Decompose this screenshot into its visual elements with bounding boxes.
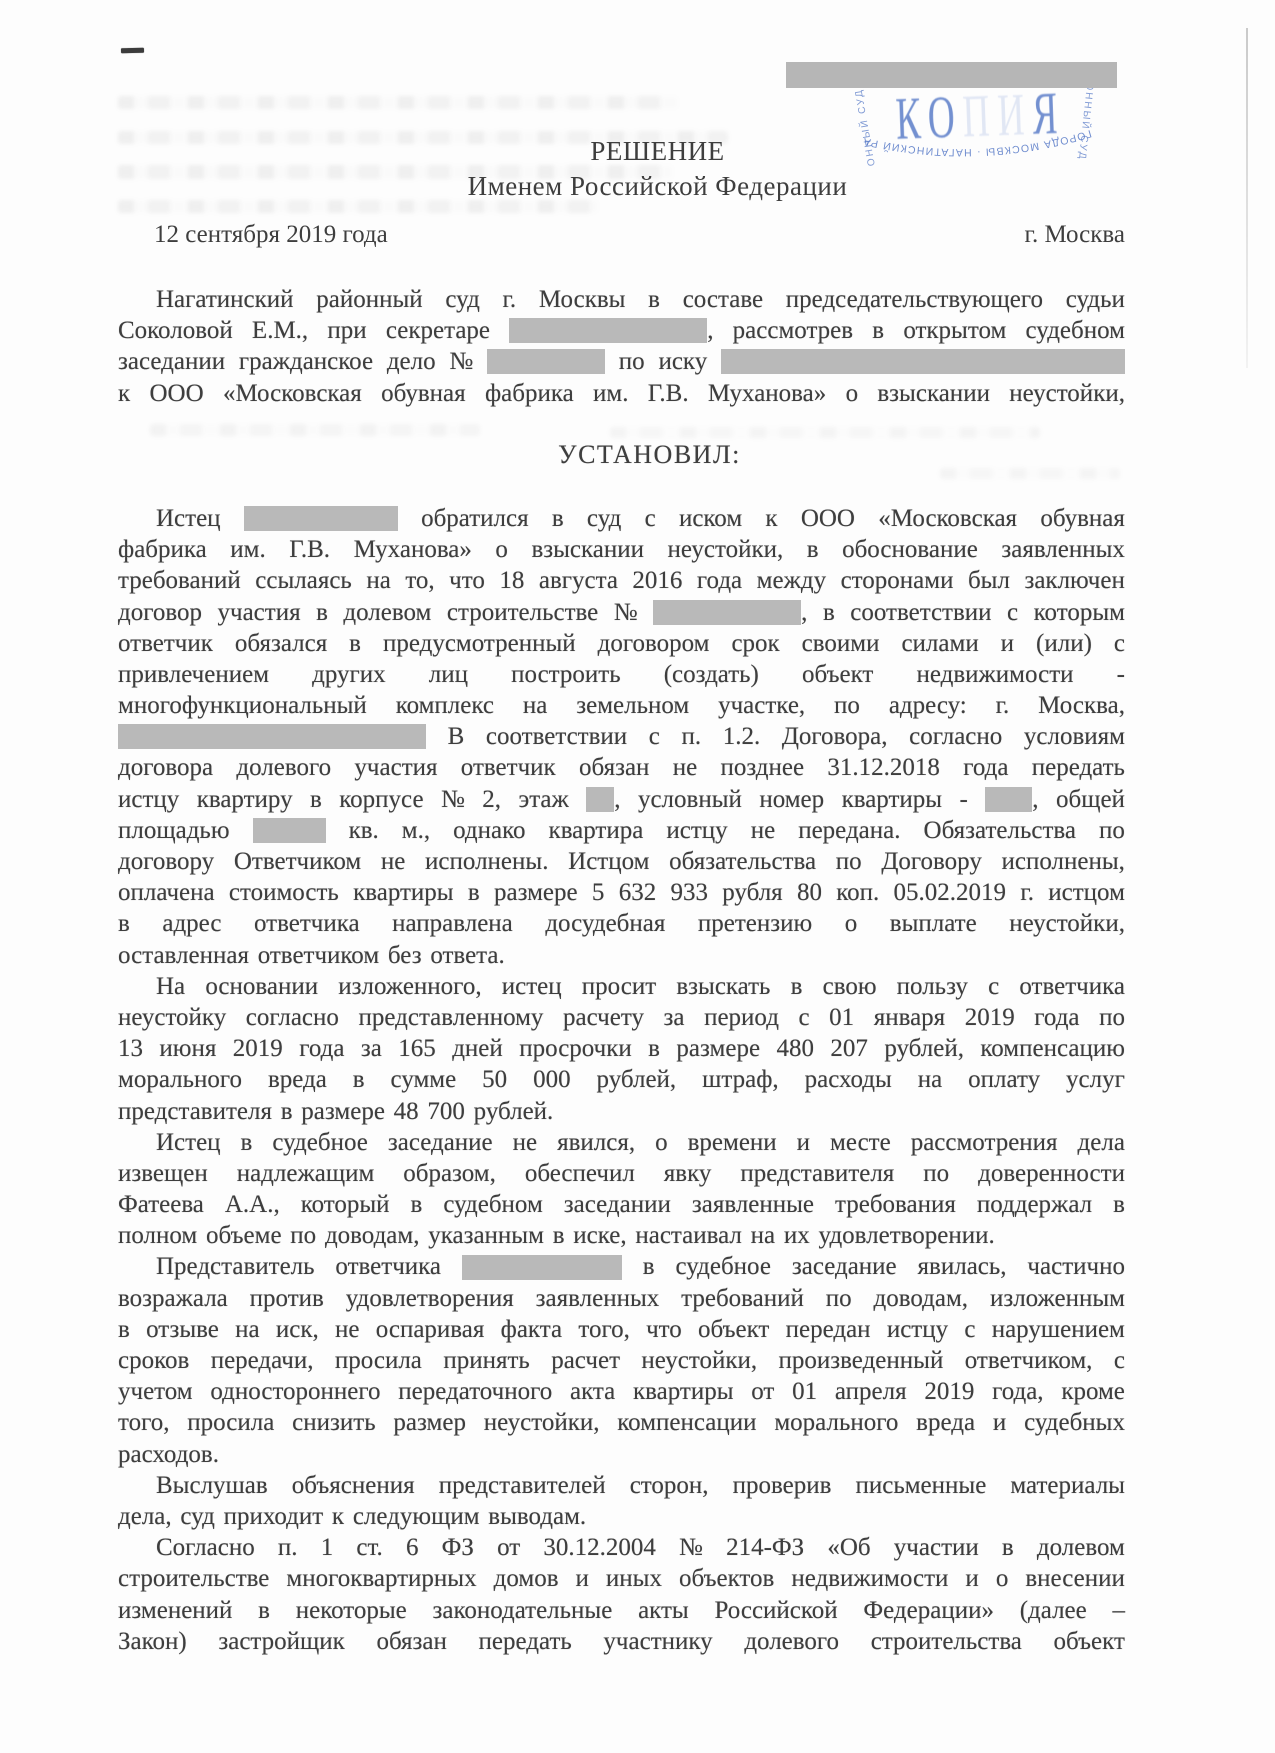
text-line: строительствемногоквартирныхдомовииныхоб… <box>118 1563 1125 1594</box>
text-line: кООО«Московскаяобувнаяфабрикаим.Г.В.Муха… <box>118 378 1125 409</box>
text-line: учетомодностороннегопередаточногоактаква… <box>118 1376 1125 1407</box>
redaction-box <box>118 724 426 749</box>
redaction-box <box>653 600 801 625</box>
redaction-box <box>586 787 614 812</box>
text-line: Выслушавобъясненияпредставителейсторон,п… <box>118 1470 1125 1501</box>
redaction-box <box>253 818 326 843</box>
text-line: 13июня2019годаза165днейпросрочкивразмере… <box>118 1033 1125 1064</box>
scan-dash-artifact <box>121 48 144 54</box>
text-line: Представительответчикавсудебноезаседание… <box>118 1251 1125 1282</box>
text-line: многофункциональныйкомплексназемельномуч… <box>118 690 1125 721</box>
text-line: договоручастиявдолевомстроительстве№,всо… <box>118 597 1125 628</box>
text-line: истцуквартирувкорпусе№2,этаж,условныйном… <box>118 784 1125 815</box>
text-line: вадресответчиканаправленадосудебнаяпрете… <box>118 908 1125 939</box>
text-line: Всоответствиисп.1.2.Договора,согласноусл… <box>118 721 1125 752</box>
redaction-box <box>786 62 1117 88</box>
text-line: привлечениемдругихлицпостроить(создать)о… <box>118 659 1125 690</box>
text-line: полном объеме по доводам, указанным в ис… <box>118 1220 1125 1251</box>
text-line: того,просиласнизитьразмернеустойки,компе… <box>118 1407 1125 1438</box>
redaction-box <box>244 506 398 531</box>
text-line: представителя в размере 48 700 рублей. <box>118 1096 1125 1127</box>
scanned-court-decision-page: КОПИЯ ГОРОДА МОСКВЫ · НАГАТИНСКИЙ РАЙ ОН… <box>0 0 1275 1753</box>
bleed-through-line <box>118 96 678 109</box>
text-line: неустойкусогласнопредставленномурасчетуз… <box>118 1002 1125 1033</box>
document-title-block: РЕШЕНИЕ Именем Российской Федерации <box>154 134 1161 204</box>
text-line: требованийссылаясьнато,что18августа2016г… <box>118 565 1125 596</box>
text-line: моральноговредавсумме50000рублей,штраф,р… <box>118 1064 1125 1095</box>
text-line: заседаниигражданскоедело№поиску <box>118 346 1125 377</box>
decision-city: г. Москва <box>1025 221 1125 249</box>
text-line: сроковпередачи,просилапринятьрасчетнеуст… <box>118 1345 1125 1376</box>
document-subtitle: Именем Российской Федерации <box>154 169 1161 204</box>
text-line: расходов. <box>118 1439 1125 1470</box>
text-line: Закон)застройщикобязанпередатьучастникуд… <box>118 1626 1125 1657</box>
text-line: дела, суд приходит к следующим выводам. <box>118 1501 1125 1532</box>
redaction-box <box>487 349 605 374</box>
document-body: Нагатинскийрайонныйсудг.Москвывсоставепр… <box>118 284 1125 1657</box>
text-line: ФатееваА.А.,которыйвсудебномзаседаниизая… <box>118 1189 1125 1220</box>
redaction-box <box>509 318 707 343</box>
text-line: измененийвнекоторыезаконодательныеактыРо… <box>118 1595 1125 1626</box>
document-title: РЕШЕНИЕ <box>154 134 1161 169</box>
text-line: договоруОтветчикомнеисполнены.Истцомобяз… <box>118 846 1125 877</box>
text-line: Наоснованииизложенного,истецпроситвзыска… <box>118 971 1125 1002</box>
text-line: ответчикобязалсявпредусмотренныйдоговоро… <box>118 628 1125 659</box>
section-heading-ustanovil: УСТАНОВИЛ: <box>146 439 1153 470</box>
redaction-box <box>985 787 1032 812</box>
text-line: ИстецобратилсявсудсискомкООО«Московскаяо… <box>118 503 1125 534</box>
text-line: Согласноп.1ст.6ФЗот30.12.2004№214-ФЗ«Обу… <box>118 1532 1125 1563</box>
text-line: оплаченастоимостьквартирывразмере5632933… <box>118 877 1125 908</box>
text-line: фабрикаим.Г.В.Муханова»овзысканиинеустой… <box>118 534 1125 565</box>
text-line: Нагатинскийрайонныйсудг.Москвывсоставепр… <box>118 284 1125 315</box>
redaction-box <box>462 1255 622 1280</box>
text-line: вотзывенаиск,неоспариваяфактатого,чтообъ… <box>118 1314 1125 1345</box>
date-city-row: 12 сентября 2019 года г. Москва <box>118 221 1125 249</box>
text-line: договорадолевогоучастияответчикобязаннеп… <box>118 752 1125 783</box>
text-line: извещеннадлежащимобразом,обеспечилявкупр… <box>118 1158 1125 1189</box>
text-line: оставленная ответчиком без ответа. <box>118 940 1125 971</box>
text-line: Истецвсудебноезаседаниенеявился,овремени… <box>118 1127 1125 1158</box>
redaction-box <box>721 349 1125 374</box>
text-line: СоколовойЕ.М.,присекретаре,рассмотреввот… <box>118 315 1125 346</box>
text-line: площадьюкв.м.,однакоквартираистцунеперед… <box>118 815 1125 846</box>
scan-edge-line <box>1246 28 1248 368</box>
decision-date: 12 сентября 2019 года <box>118 221 388 249</box>
text-line: возражалапротивудовлетворениязаявленныхт… <box>118 1283 1125 1314</box>
